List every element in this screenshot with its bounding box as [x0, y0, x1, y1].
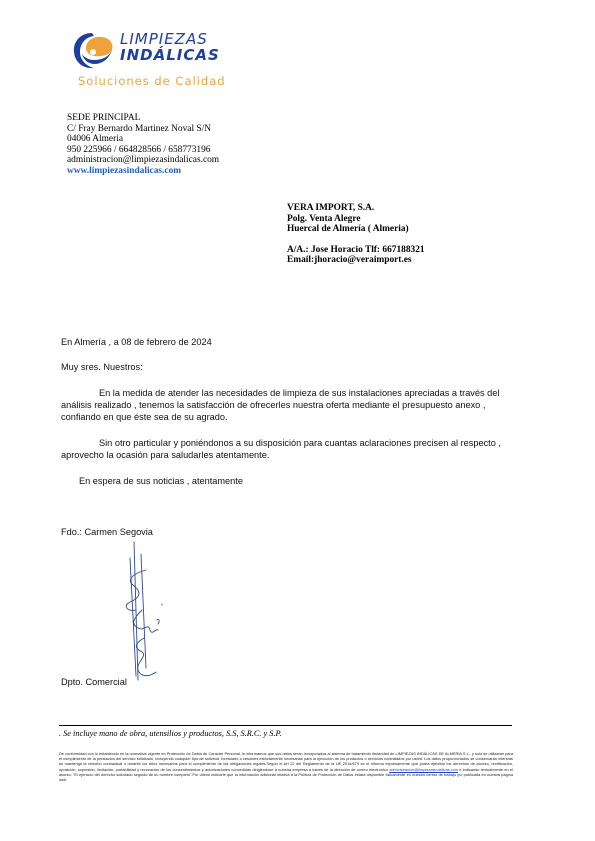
logo-text-line1: LIMPIEZAS — [120, 32, 208, 47]
sender-city: 04006 Almeria — [67, 134, 219, 145]
company-logo: LIMPIEZAS INDÁLICAS Soluciones de Calida… — [72, 26, 242, 90]
closing-line: En espera de sus noticias , atentamente — [79, 475, 243, 487]
paragraph-line: análisis realizado , tenemos la satisfac… — [61, 399, 539, 411]
logo-tagline: Soluciones de Calidad — [78, 74, 226, 88]
paragraph-offer: En la medida de atender las necesidades … — [61, 387, 539, 423]
signed-by: Fdo.: Carmen Segovia — [61, 526, 153, 538]
recipient-email[interactable]: Email:jhoracio@veraimport.es — [287, 255, 425, 266]
paragraph-line: Sin otro particular y poniéndonos a su d… — [61, 437, 539, 449]
recipient-company: VERA IMPORT, S.A. — [287, 203, 425, 214]
department: Dpto. Comercial — [61, 676, 127, 688]
footer-note: . Se incluye mano de obra, utensilios y … — [59, 729, 282, 738]
date-line: En Almería , a 08 de febrero de 2024 — [61, 336, 212, 348]
sender-email[interactable]: administracion@limpiezasindalicas.com — [67, 155, 219, 166]
paragraph-regards: Sin otro particular y poniéndonos a su d… — [61, 437, 539, 461]
paragraph-line: confiando en que éste sea de su agrado. — [61, 411, 539, 423]
sender-street: C/ Fray Bernardo Martinez Noval S/N — [67, 124, 219, 135]
logo-text-line2: INDÁLICAS — [120, 48, 220, 63]
paragraph-line: En la medida de atender las necesidades … — [61, 387, 539, 399]
sender-phones: 950 225966 / 664828566 / 658773196 — [67, 145, 219, 156]
sender-address: SEDE PRINCIPAL C/ Fray Bernardo Martinez… — [67, 113, 219, 176]
recipient-address: VERA IMPORT, S.A. Polg. Venta Alegre Hue… — [287, 203, 425, 266]
recipient-address-line1: Polg. Venta Alegre — [287, 214, 425, 225]
company-logo-icon — [72, 30, 116, 70]
sender-website-link[interactable]: www.limpiezasindalicas.com — [67, 166, 219, 177]
handwritten-signature-icon — [112, 540, 167, 682]
recipient-attention: A/A.: Jose Horacio Tlf: 667188321 — [287, 245, 425, 256]
salutation: Muy sres. Nuestros: — [61, 361, 143, 373]
recipient-address-line2: Huercal de Almería ( Almeria) — [287, 224, 425, 235]
footer-divider — [59, 725, 512, 726]
paragraph-line: aprovecho la ocasión para saludarles ate… — [61, 449, 539, 461]
sender-heading: SEDE PRINCIPAL — [67, 113, 219, 124]
legal-notice: De conformidad con lo establecido en la … — [59, 751, 513, 782]
